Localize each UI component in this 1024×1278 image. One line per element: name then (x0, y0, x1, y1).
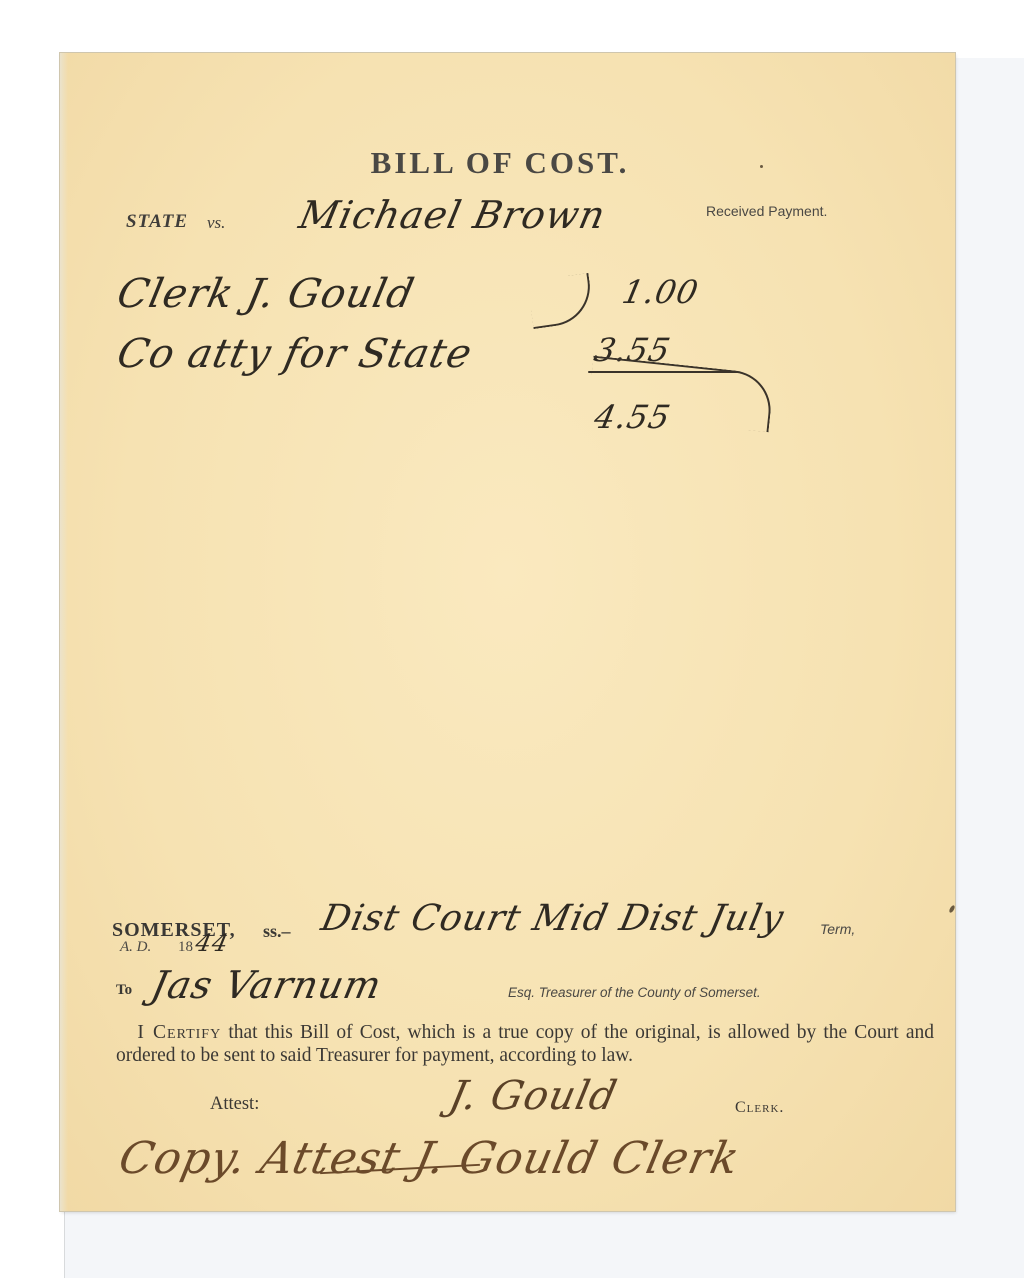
clerk-label: Clerk. (735, 1099, 784, 1117)
treasurer-title: Esq. Treasurer of the County of Somerset… (508, 985, 761, 1000)
paper-speck (760, 165, 763, 168)
bill-of-cost-document: BILL OF COST. STATE vs. Michael Brown Re… (60, 53, 955, 1211)
total-amount: 4.55 (591, 398, 674, 436)
cost-item-amount: 1.00 (619, 273, 702, 311)
to-label: To (116, 982, 132, 999)
paper-speck (948, 905, 955, 914)
clerk-signature: J. Gould (445, 1073, 621, 1119)
court-term-handwritten: Dist Court Mid Dist July (318, 898, 788, 939)
document-title: BILL OF COST. (60, 145, 940, 181)
treasurer-name: Jas Varnum (147, 963, 386, 1007)
vs-label: vs. (207, 213, 225, 233)
ss-label: ss.– (263, 921, 291, 942)
cost-item-description: Clerk J. Gould (113, 271, 418, 317)
term-label: Term, (820, 921, 855, 937)
certify-lead: I Certify (137, 1022, 221, 1043)
certify-text: that this Bill of Cost, which is a true … (116, 1022, 934, 1066)
copy-attest-handwritten: Copy. Attest J. Gould Clerk (115, 1133, 745, 1184)
attest-label: Attest: (210, 1094, 259, 1115)
year-handwritten: 44 (193, 929, 231, 957)
state-label: STATE (126, 211, 188, 233)
received-payment-label: Received Payment. (706, 203, 827, 219)
defendant-name: Michael Brown (295, 193, 610, 237)
brace-mark (527, 273, 595, 329)
ad-label: A. D. (120, 939, 151, 956)
year-printed-prefix: 18 (178, 939, 193, 956)
certification-paragraph: I Certify that this Bill of Cost, which … (116, 1021, 934, 1067)
cost-item-description: Co atty for State (113, 331, 476, 377)
